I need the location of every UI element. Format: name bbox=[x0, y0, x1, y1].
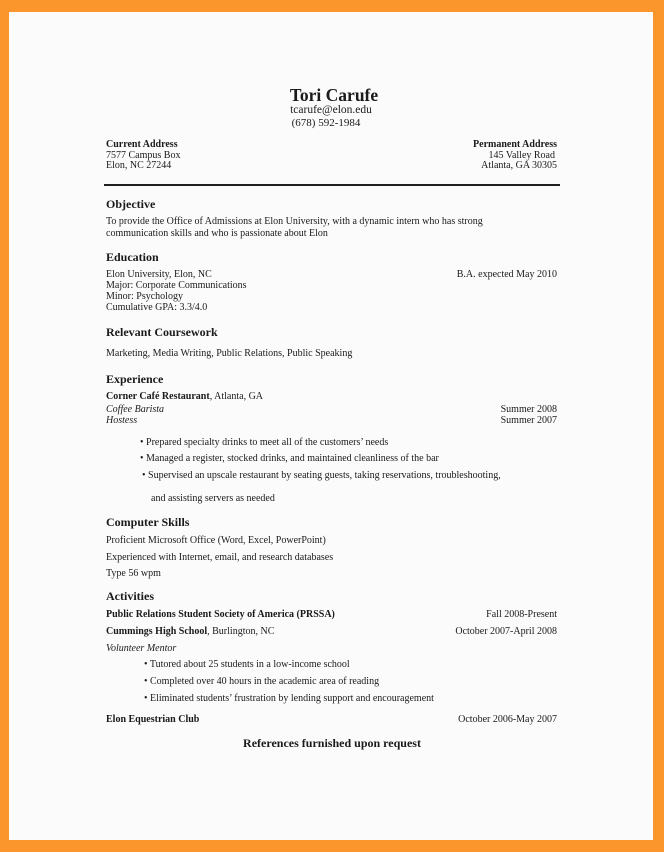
activity-equestrian-name: Elon Equestrian Club bbox=[106, 714, 199, 725]
experience-heading: Experience bbox=[106, 372, 163, 387]
candidate-phone: (678) 592-1984 bbox=[9, 117, 653, 129]
activity-equestrian-date: October 2006-May 2007 bbox=[458, 714, 557, 725]
experience-bullet: • Managed a register, stocked drinks, an… bbox=[140, 453, 439, 464]
permanent-address-label: Permanent Address bbox=[473, 140, 557, 151]
permanent-address: Permanent Address 145 Valley Road Atlant… bbox=[473, 140, 557, 172]
experience-bullet-continuation: and assisting servers as needed bbox=[151, 493, 275, 504]
skill-item: Type 56 wpm bbox=[106, 568, 161, 579]
candidate-name: Tori Carufe bbox=[9, 85, 653, 106]
education-gpa: Cumulative GPA: 3.3/4.0 bbox=[106, 302, 207, 313]
candidate-email: tcarufe@elon.edu bbox=[9, 104, 653, 116]
experience-role-2-date: Summer 2007 bbox=[501, 415, 557, 426]
header-divider bbox=[104, 184, 560, 186]
experience-bullet: • Prepared specialty drinks to meet all … bbox=[140, 437, 388, 448]
skills-heading: Computer Skills bbox=[106, 515, 189, 530]
experience-bullet: • Supervised an upscale restaurant by se… bbox=[142, 470, 501, 481]
experience-employer-line: Corner Café Restaurant, Atlanta, GA bbox=[106, 391, 263, 402]
activity-cummings-name: Cummings High School bbox=[106, 626, 207, 637]
skill-item: Proficient Microsoft Office (Word, Excel… bbox=[106, 535, 326, 546]
current-address-label: Current Address bbox=[106, 140, 180, 151]
activity-cummings-date: October 2007-April 2008 bbox=[455, 626, 557, 637]
experience-location: , Atlanta, GA bbox=[210, 391, 263, 402]
activity-bullet: • Tutored about 25 students in a low-inc… bbox=[144, 659, 350, 670]
resume-page: Tori Carufe tcarufe@elon.edu (678) 592-1… bbox=[9, 12, 653, 840]
objective-heading: Objective bbox=[106, 197, 155, 212]
education-major: Major: Corporate Communications bbox=[106, 280, 247, 291]
experience-role-2-title: Hostess bbox=[106, 415, 137, 426]
activity-cummings-role: Volunteer Mentor bbox=[106, 643, 176, 654]
activity-cummings-location: , Burlington, NC bbox=[207, 626, 274, 637]
experience-role-1-title: Coffee Barista bbox=[106, 404, 164, 415]
education-degree: B.A. expected May 2010 bbox=[457, 269, 557, 280]
experience-role-1-date: Summer 2008 bbox=[501, 404, 557, 415]
current-address: Current Address 7577 Campus Box Elon, NC… bbox=[106, 140, 180, 172]
coursework-heading: Relevant Coursework bbox=[106, 325, 218, 340]
activity-bullet: • Completed over 40 hours in the academi… bbox=[144, 676, 379, 687]
activity-cummings-line: Cummings High School, Burlington, NC bbox=[106, 626, 274, 637]
education-minor: Minor: Psychology bbox=[106, 291, 183, 302]
skill-item: Experienced with Internet, email, and re… bbox=[106, 552, 333, 563]
coursework-text: Marketing, Media Writing, Public Relatio… bbox=[106, 348, 352, 359]
current-address-line2: Elon, NC 27244 bbox=[106, 161, 180, 172]
experience-employer: Corner Café Restaurant bbox=[106, 391, 210, 402]
activity-prssa-date: Fall 2008-Present bbox=[486, 609, 557, 620]
activity-prssa-name: Public Relations Student Society of Amer… bbox=[106, 609, 335, 620]
education-heading: Education bbox=[106, 250, 159, 265]
objective-line-1: To provide the Office of Admissions at E… bbox=[106, 216, 483, 227]
activities-heading: Activities bbox=[106, 589, 154, 604]
permanent-address-line2: Atlanta, GA 30305 bbox=[473, 161, 557, 172]
references-note: References furnished upon request bbox=[9, 736, 653, 751]
objective-line-2: communication skills and who is passiona… bbox=[106, 228, 328, 239]
education-school: Elon University, Elon, NC bbox=[106, 269, 212, 280]
activity-bullet: • Eliminated students’ frustration by le… bbox=[144, 693, 434, 704]
